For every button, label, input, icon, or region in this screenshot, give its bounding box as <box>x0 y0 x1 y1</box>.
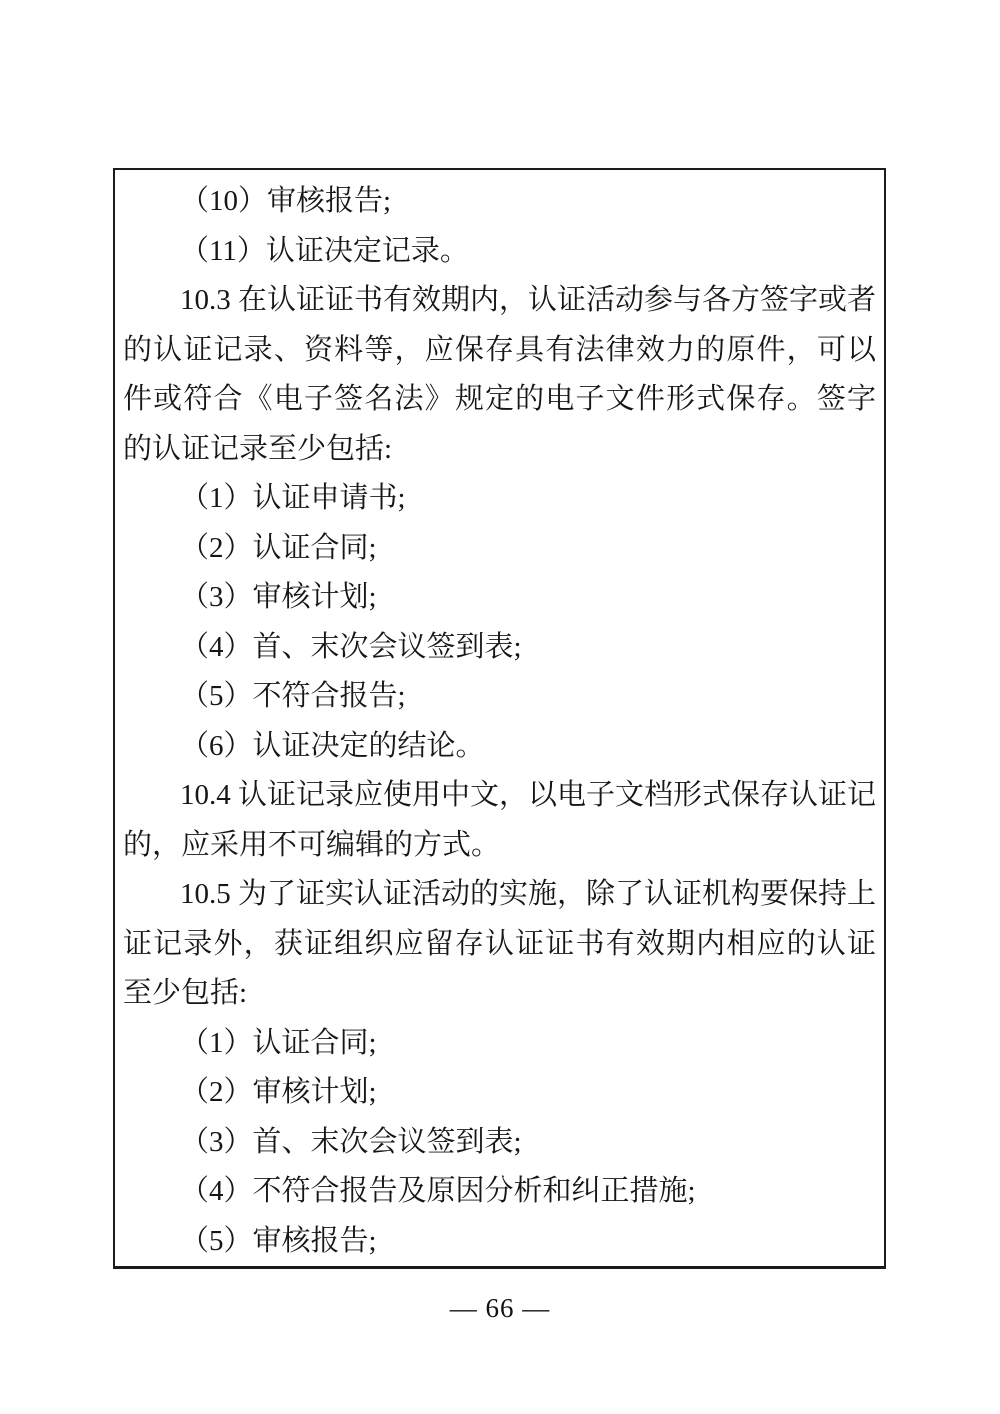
text-line: （6）认证决定的结论。 <box>123 722 876 772</box>
text-line: （11）认证决定记录。 <box>123 227 876 277</box>
text-line: （1）认证合同; <box>123 1019 876 1069</box>
text-line: 至少包括: <box>123 969 876 1019</box>
text-line: （1）认证申请书; <box>123 474 876 524</box>
text-line: 件或符合《电子签名法》规定的电子文件形式保存。签字或盖章 <box>123 375 876 425</box>
text-line: 10.3 在认证证书有效期内，认证活动参与各方签字或者盖章 <box>123 276 876 326</box>
text-line: （5）审核报告; <box>123 1217 876 1267</box>
text-line: （2）审核计划; <box>123 1068 876 1118</box>
text-line: 的认证记录、资料等，应保存具有法律效力的原件，可以纸质文 <box>123 326 876 376</box>
text-line: （3）首、末次会议签到表; <box>123 1118 876 1168</box>
text-line: 证记录外，获证组织应留存认证证书有效期内相应的认证记录， <box>123 920 876 970</box>
text-line: 的，应采用不可编辑的方式。 <box>123 821 876 871</box>
document-body: （10）审核报告;（11）认证决定记录。10.3 在认证证书有效期内，认证活动参… <box>123 177 876 1266</box>
page-number: — 66 — <box>0 1293 1000 1324</box>
text-line: （2）认证合同; <box>123 524 876 574</box>
text-line: 的认证记录至少包括: <box>123 425 876 475</box>
text-line: 10.4 认证记录应使用中文，以电子文档形式保存认证记录 <box>123 771 876 821</box>
text-line: 10.5 为了证实认证活动的实施，除了认证机构要保持上述认 <box>123 870 876 920</box>
text-line: （10）审核报告; <box>123 177 876 227</box>
text-line: （5）不符合报告; <box>123 672 876 722</box>
document-text-frame: （10）审核报告;（11）认证决定记录。10.3 在认证证书有效期内，认证活动参… <box>113 168 886 1269</box>
text-line: （3）审核计划; <box>123 573 876 623</box>
text-line: （4）首、末次会议签到表; <box>123 623 876 673</box>
text-line: （4）不符合报告及原因分析和纠正措施; <box>123 1167 876 1217</box>
